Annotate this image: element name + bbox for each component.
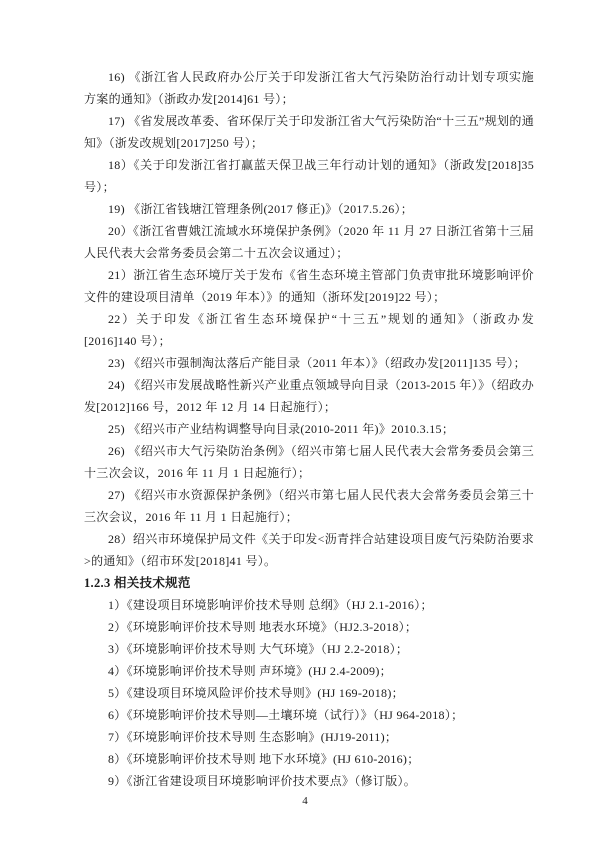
page-number: 4 <box>0 794 610 808</box>
regulation-item-20: 20）《浙江省曹娥江流域水环境保护条例》（2020 年 11 月 27 日浙江省… <box>84 220 534 264</box>
technical-item-7: 7）《环境影响评价技术导则 生态影响》(HJ19-2011)； <box>84 726 534 748</box>
technical-item-4: 4）《环境影响评价技术导则 声环境》(HJ 2.4-2009)； <box>84 660 534 682</box>
regulation-item-28: 28）绍兴市环境保护局文件《关于印发<沥青拌合站建设项目废气污染防治要求>的通知… <box>84 528 534 572</box>
regulation-item-22: 22）关于印发《浙江省生态环境保护“十三五”规划的通知》（浙政办发[2016]1… <box>84 308 534 352</box>
technical-item-9: 9）《浙江省建设项目环境影响评价技术要点》（修订版）。 <box>84 770 534 792</box>
technical-item-6: 6）《环境影响评价技术导则—土壤环境（试行）》（HJ 964-2018）； <box>84 704 534 726</box>
technical-item-3: 3）《环境影响评价技术导则 大气环境》（HJ 2.2-2018）； <box>84 638 534 660</box>
regulation-item-19: 19) 《浙江省钱塘江管理条例(2017 修正)》（2017.5.26）； <box>84 198 534 220</box>
regulation-item-17: 17) 《省发展改革委、省环保厅关于印发浙江省大气污染防治“十三五”规划的通知》… <box>84 110 534 154</box>
regulation-item-23: 23) 《绍兴市强制淘汰落后产能目录（2011 年本）》（绍政办发[2011]1… <box>84 352 534 374</box>
document-page: 16) 《浙江省人民政府办公厅关于印发浙江省大气污染防治行动计划专项实施方案的通… <box>0 0 610 858</box>
document-body: 16) 《浙江省人民政府办公厅关于印发浙江省大气污染防治行动计划专项实施方案的通… <box>84 66 534 792</box>
regulation-item-24: 24) 《绍兴市发展战略性新兴产业重点领域导向目录（2013-2015 年）》（… <box>84 374 534 418</box>
technical-item-8: 8）《环境影响评价技术导则 地下水环境》(HJ 610-2016)； <box>84 748 534 770</box>
regulation-item-26: 26) 《绍兴市大气污染防治条例》（绍兴市第七届人民代表大会常务委员会第三十三次… <box>84 440 534 484</box>
regulation-item-18: 18）《关于印发浙江省打赢蓝天保卫战三年行动计划的通知》（浙政发[2018]35… <box>84 154 534 198</box>
regulation-item-21: 21）浙江省生态环境厅关于发布《省生态环境主管部门负责审批环境影响评价文件的建设… <box>84 264 534 308</box>
technical-item-2: 2）《环境影响评价技术导则 地表水环境》（HJ2.3-2018）； <box>84 616 534 638</box>
section-heading-1-2-3: 1.2.3 相关技术规范 <box>84 572 534 594</box>
regulation-item-25: 25) 《绍兴市产业结构调整导向目录(2010-2011 年)》2010.3.1… <box>84 418 534 440</box>
technical-item-5: 5）《建设项目环境风险评价技术导则》(HJ 169-2018)； <box>84 682 534 704</box>
regulation-item-27: 27) 《绍兴市水资源保护条例》（绍兴市第七届人民代表大会常务委员会第三十三次会… <box>84 484 534 528</box>
technical-item-1: 1）《建设项目环境影响评价技术导则 总纲》（HJ 2.1-2016）； <box>84 594 534 616</box>
regulation-item-16: 16) 《浙江省人民政府办公厅关于印发浙江省大气污染防治行动计划专项实施方案的通… <box>84 66 534 110</box>
